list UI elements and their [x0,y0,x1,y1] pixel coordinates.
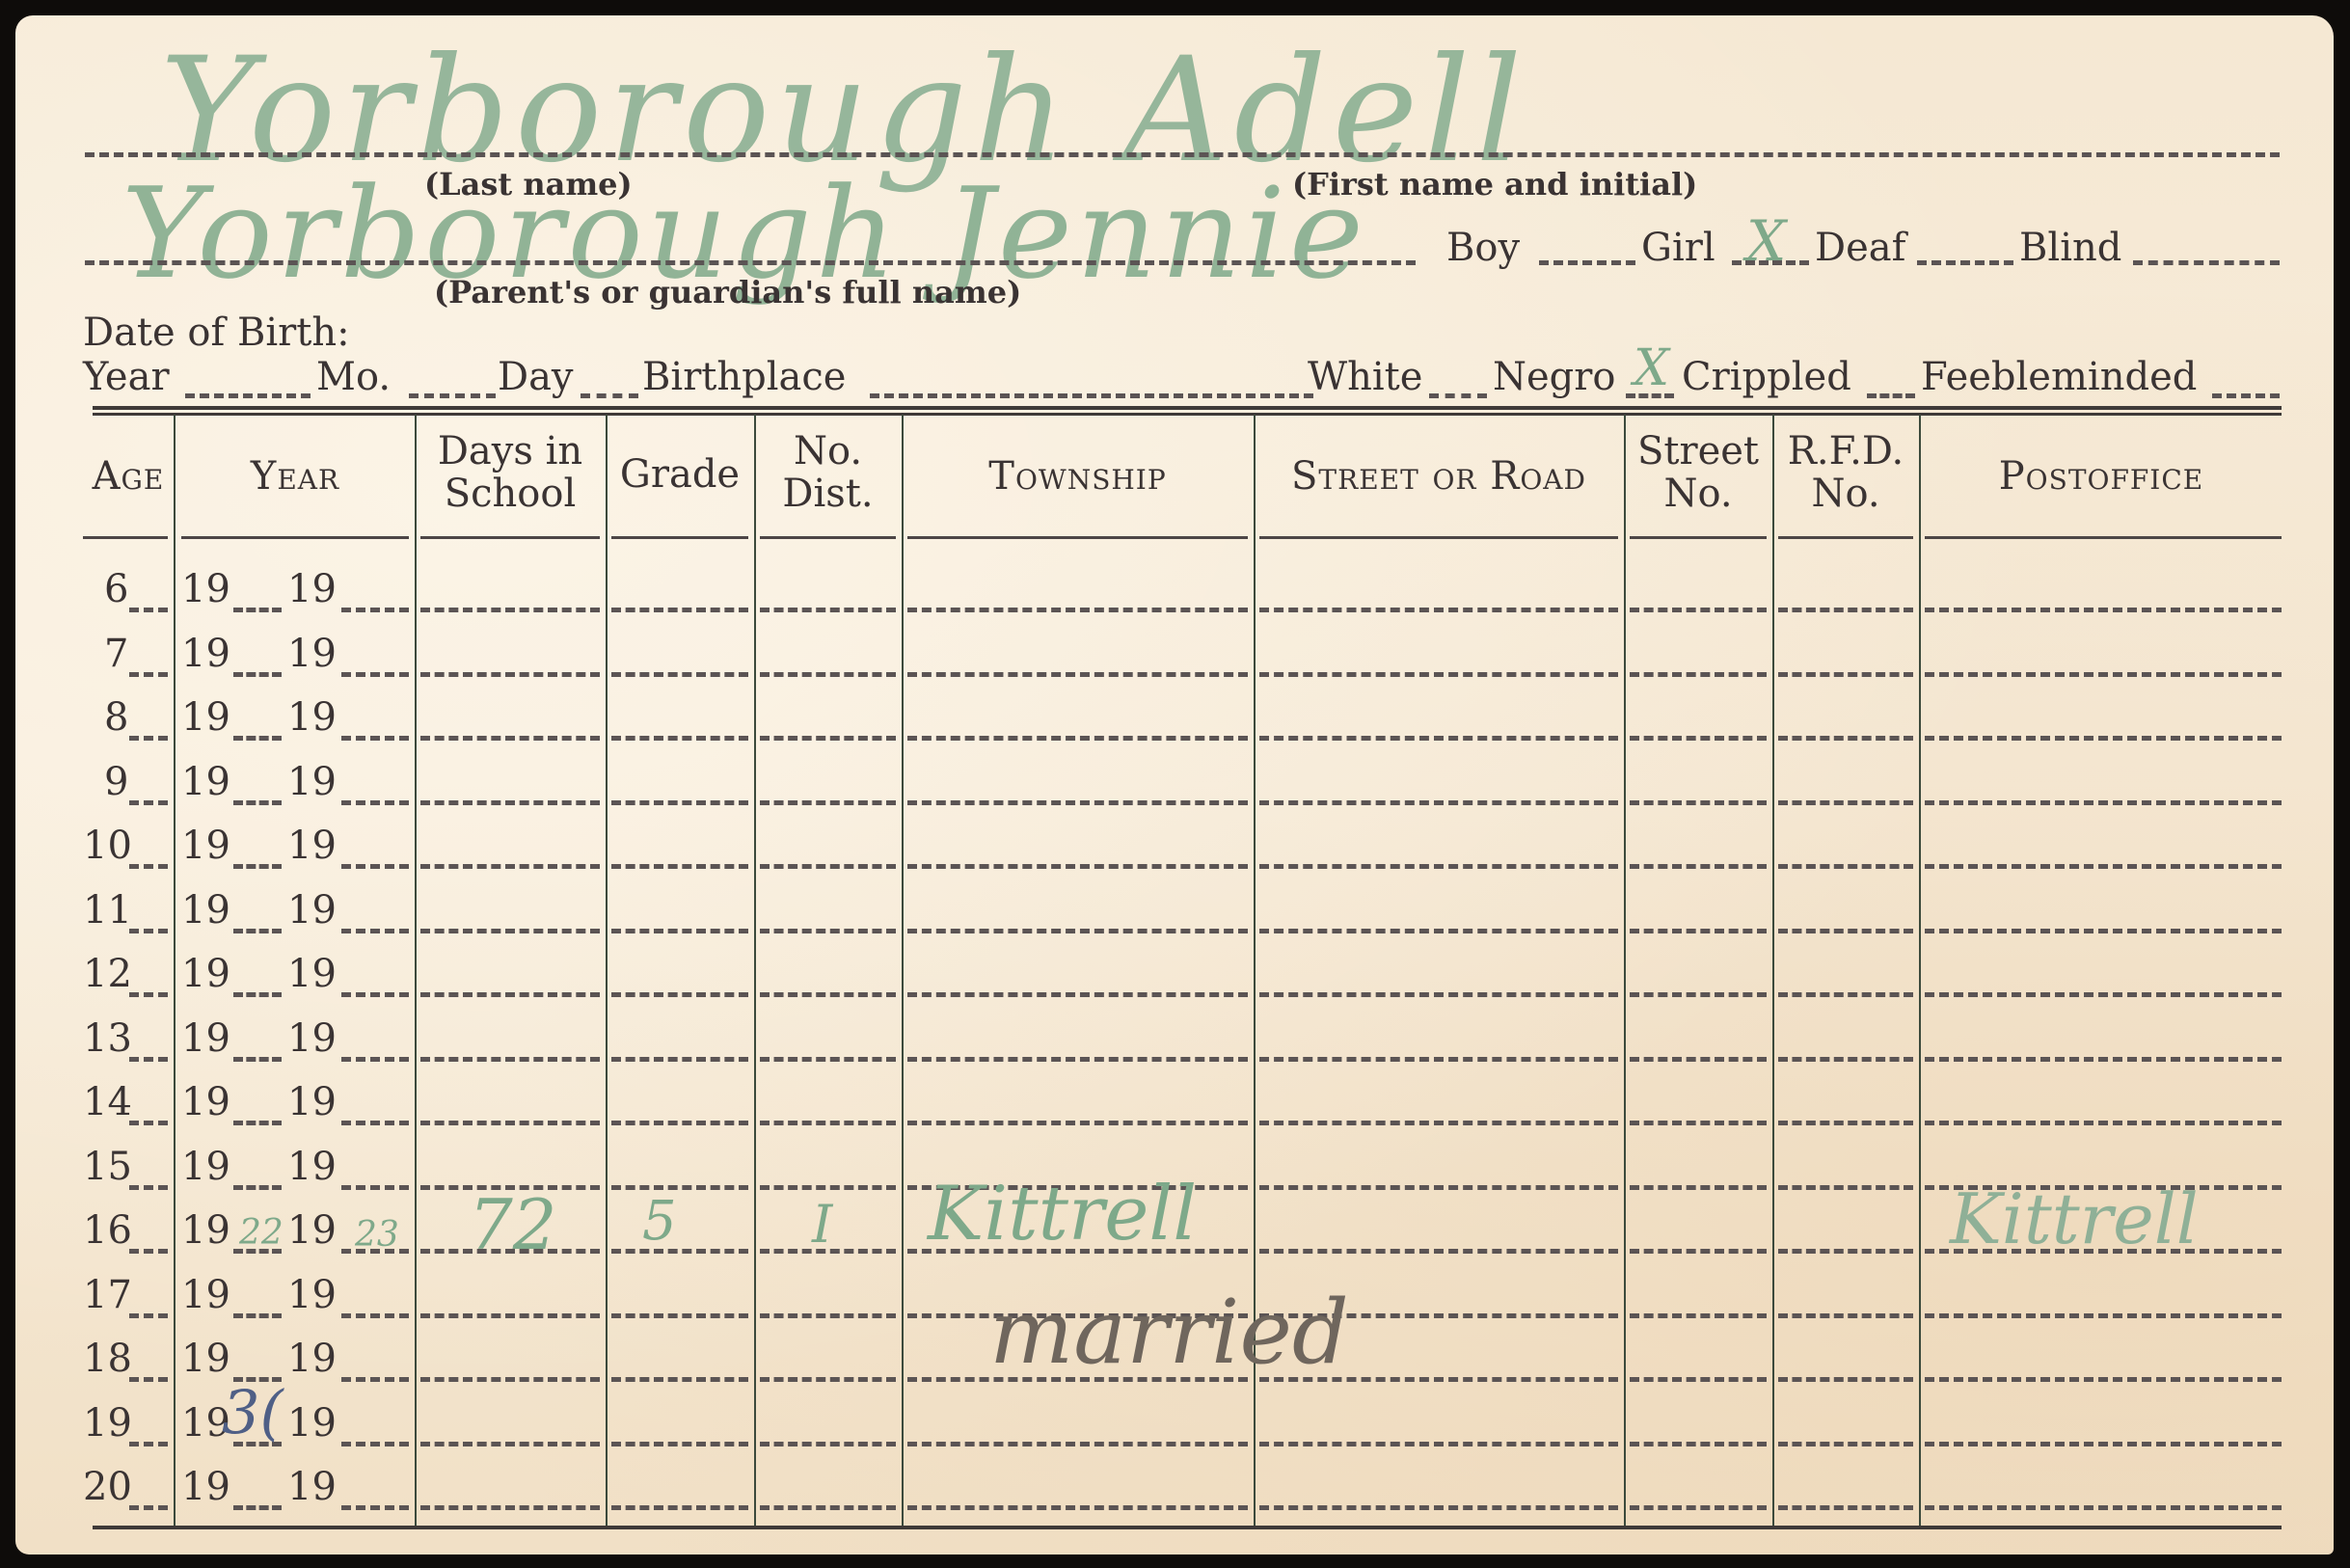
white-label: White [1308,355,1422,399]
year-to-dots [341,1185,409,1190]
year-to-dots [341,1121,409,1125]
negro-checkmark: X [1634,339,1669,397]
cell-field [760,1505,896,1510]
cell-field [611,1249,748,1254]
deaf-field [1917,260,2013,265]
row-age: 7 [104,632,128,676]
row-year-to: 19 [287,952,337,996]
row-year-from: 19 [181,760,230,804]
row-year-from: 19 [181,1208,230,1253]
cell-field [907,800,1248,805]
cell-field [907,929,1248,933]
married-annotation: married [989,1281,1349,1384]
header-underline [420,536,600,539]
cell-field [1630,1185,1767,1190]
cell-field [907,864,1248,869]
cell-field [611,672,748,677]
white-field [1429,393,1487,398]
cell-field [1925,608,2282,612]
blind-field [2133,260,2280,265]
col-header-rfd-no: R.F.D. No. [1772,430,1919,515]
row16-dist: I [812,1194,832,1255]
col-header-rfd-line2: No. [1772,473,1919,515]
year-to-dots [341,1313,409,1318]
cell-field [1630,672,1767,677]
age-dots [129,1185,168,1190]
age-dots [129,1249,168,1254]
year-from-dots [233,608,282,612]
col-divider [1624,415,1626,1526]
row-age: 15 [83,1145,132,1189]
day-field [581,393,638,398]
row-year-to: 19 [287,824,337,868]
col-divider [174,415,176,1526]
header-underline [1259,536,1618,539]
header-underline [1778,536,1913,539]
cell-field [1259,672,1618,677]
age-dots [129,736,168,741]
cell-field [1925,1313,2282,1318]
cell-field [907,1505,1248,1510]
cell-field [907,672,1248,677]
col-header-streetno-line2: No. [1624,473,1772,515]
row-year-from: 19 [181,1273,230,1317]
cell-field [1778,672,1913,677]
header-underline [1630,536,1767,539]
cell-field [1778,992,1913,997]
cell-field [760,800,896,805]
year-from-dots [233,1505,282,1510]
year-from-dots [233,992,282,997]
row-year-from: 19 [181,632,230,676]
year-field [185,393,311,398]
row-age: 11 [83,888,132,933]
year-to-dots [341,1057,409,1062]
cell-field [1778,864,1913,869]
col-header-streetno-line1: Street [1624,430,1772,473]
boy-label: Boy [1446,226,1520,270]
row-year-to: 19 [287,1080,337,1124]
row-age: 18 [83,1337,132,1381]
cell-field [1925,1121,2282,1125]
age-dots [129,1313,168,1318]
col-header-year: Year [176,455,415,498]
crippled-label: Crippled [1682,355,1851,399]
blind-label: Blind [2019,226,2121,270]
month-label: Mo. [316,355,391,399]
cell-field [1925,672,2282,677]
cell-field [1630,1377,1767,1382]
row-year-from: 19 [181,1337,230,1381]
year-from-dots [233,1121,282,1125]
row-year-to: 19 [287,1337,337,1381]
cell-field [760,672,896,677]
girl-label: Girl [1641,226,1715,270]
header-underline [181,536,409,539]
row-year-to: 19 [287,1465,337,1509]
cell-field [1630,1057,1767,1062]
year-from-dots [233,672,282,677]
age-dots [129,1442,168,1446]
row-year-from: 19 [181,695,230,740]
crippled-field [1867,393,1915,398]
cell-field [611,800,748,805]
row-year-from: 19 [181,952,230,996]
row-age: 13 [83,1016,132,1061]
row-year-to: 19 [287,1208,337,1253]
cell-field [1925,1377,2282,1382]
cell-field [1259,864,1618,869]
row-year-to: 19 [287,695,337,740]
cell-field [420,992,600,997]
cell-field [760,1313,896,1318]
cell-field [1630,1121,1767,1125]
guardian-line [85,260,1416,265]
col-header-street-or-road: Street or Road [1254,455,1624,498]
row-year-from: 19 [181,1145,230,1189]
cell-field [760,1057,896,1062]
row-year-to: 19 [287,1145,337,1189]
cell-field [760,992,896,997]
col-divider [606,415,608,1526]
row-age: 10 [83,824,132,868]
row16-days-in-school: 72 [469,1184,557,1265]
cell-field [611,736,748,741]
cell-field [907,1442,1248,1446]
row-year-to: 19 [287,632,337,676]
age-dots [129,864,168,869]
birthplace-label: Birthplace [642,355,846,399]
girl-checkmark: X [1746,208,1786,274]
boy-field [1539,260,1635,265]
year-from-dots [233,1185,282,1190]
col-header-postoffice: Postoffice [1921,455,2282,498]
cell-field [1259,608,1618,612]
age-dots [129,672,168,677]
cell-field [1925,800,2282,805]
cell-field [1925,864,2282,869]
year-to-dots [341,1377,409,1382]
row-age: 17 [83,1273,132,1317]
year-to-dots [341,929,409,933]
age-dots [129,992,168,997]
col-header-days-line2: School [415,473,606,515]
cell-field [420,1313,600,1318]
row-year-to: 19 [287,567,337,611]
cell-field [1778,608,1913,612]
row-age: 9 [104,760,128,804]
cell-field [611,1377,748,1382]
age-dots [129,1121,168,1125]
header-underline [760,536,896,539]
col-header-days-in-school: Days in School [415,430,606,515]
row-age: 6 [104,567,128,611]
cell-field [907,1057,1248,1062]
header-underline [611,536,748,539]
header-underline [1925,536,2282,539]
cell-field [420,864,600,869]
cell-field [420,736,600,741]
cell-field [1630,608,1767,612]
cell-field [611,1442,748,1446]
cell-field [1259,800,1618,805]
row19-year-hand: 3( [222,1377,284,1447]
cell-field [1630,1313,1767,1318]
year-from-dots [233,1057,282,1062]
year-to-dots [341,1505,409,1510]
cell-field [1259,1442,1618,1446]
cell-field [1259,1057,1618,1062]
cell-field [760,1121,896,1125]
col-divider [754,415,756,1526]
row-age: 8 [104,695,128,740]
header-underline [907,536,1248,539]
cell-field [1259,929,1618,933]
cell-field [760,608,896,612]
cell-field [1925,929,2282,933]
row16-year-from-hand: 22 [239,1213,284,1253]
cell-field [611,992,748,997]
cell-field [907,736,1248,741]
deaf-label: Deaf [1815,226,1905,270]
row-year-to: 19 [287,1273,337,1317]
cell-field [1778,1057,1913,1062]
col-header-dist-line2: Dist. [754,473,902,515]
cell-field [907,608,1248,612]
row-year-from: 19 [181,824,230,868]
age-dots [129,608,168,612]
cell-field [1778,800,1913,805]
col-header-street-no: Street No. [1624,430,1772,515]
school-census-card: Yorborough Adell (Last name) (First name… [15,15,2334,1554]
row-year-to: 19 [287,888,337,933]
cell-field [1259,736,1618,741]
cell-field [1778,1313,1913,1318]
feebleminded-field [2212,393,2280,398]
cell-field [760,1442,896,1446]
cell-field [1778,1185,1913,1190]
cell-field [420,1121,600,1125]
cell-field [1259,1185,1618,1190]
cell-field [760,1377,896,1382]
birthplace-field [870,393,1313,398]
year-from-dots [233,800,282,805]
year-to-dots [341,992,409,997]
year-to-dots [341,800,409,805]
age-dots [129,1057,168,1062]
cell-field [1259,992,1618,997]
year-to-dots [341,1442,409,1446]
cell-field [611,608,748,612]
cell-field [1630,800,1767,805]
age-dots [129,800,168,805]
cell-field [907,1121,1248,1125]
col-divider [902,415,904,1526]
cell-field [1630,992,1767,997]
col-header-age: Age [83,455,174,498]
row-year-from: 19 [181,1465,230,1509]
cell-field [1778,1442,1913,1446]
col-divider [1772,415,1774,1526]
col-header-no-dist: No. Dist. [754,430,902,515]
header-divider [93,406,2282,416]
col-header-grade: Grade [606,453,754,496]
negro-label: Negro [1493,355,1615,399]
cell-field [1259,1249,1618,1254]
row-age: 12 [83,952,132,996]
cell-field [611,929,748,933]
year-from-dots [233,929,282,933]
year-from-dots [233,736,282,741]
guardian-label: (Parent's or guardian's full name) [434,274,1021,311]
cell-field [1778,929,1913,933]
cell-field [1259,1121,1618,1125]
col-header-rfd-line1: R.F.D. [1772,430,1919,473]
row16-grade: 5 [642,1190,677,1253]
row-year-to: 19 [287,1016,337,1061]
age-dots [129,1505,168,1510]
col-header-dist-line1: No. [754,430,902,473]
year-from-dots [233,864,282,869]
age-dots [129,929,168,933]
cell-field [611,1313,748,1318]
cell-field [1630,736,1767,741]
cell-field [760,736,896,741]
row-year-from: 19 [181,888,230,933]
date-of-birth-label: Date of Birth: [83,311,350,355]
cell-field [420,929,600,933]
col-header-days-line1: Days in [415,430,606,473]
row16-year-to-hand: 23 [355,1215,399,1255]
cell-field [1925,1505,2282,1510]
row16-township: Kittrell [928,1171,1197,1257]
cell-field [1778,736,1913,741]
row-age: 20 [83,1465,132,1509]
cell-field [1630,1505,1767,1510]
cell-field [420,800,600,805]
cell-field [1925,736,2282,741]
cell-field [420,608,600,612]
col-divider [415,415,417,1526]
row-year-to: 19 [287,760,337,804]
day-label: Day [498,355,574,399]
cell-field [1630,1249,1767,1254]
year-to-dots [341,608,409,612]
year-from-dots [233,1313,282,1318]
cell-field [611,1185,748,1190]
cell-field [1778,1505,1913,1510]
year-to-dots [341,672,409,677]
cell-field [1630,1442,1767,1446]
row-age: 19 [83,1401,132,1446]
cell-field [420,1505,600,1510]
cell-field [1778,1377,1913,1382]
row-age: 14 [83,1080,132,1124]
cell-field [1630,929,1767,933]
cell-field [1259,1505,1618,1510]
header-underline [83,536,168,539]
last-name-line [85,152,2280,157]
row-year-to: 19 [287,1401,337,1446]
cell-field [1630,864,1767,869]
year-to-dots [341,736,409,741]
cell-field [907,992,1248,997]
row-year-from: 19 [181,1080,230,1124]
feebleminded-label: Feebleminded [1921,355,2197,399]
cell-field [420,672,600,677]
cell-field [1778,1249,1913,1254]
month-field [409,393,496,398]
cell-field [760,864,896,869]
col-divider [1919,415,1921,1526]
cell-field [420,1442,600,1446]
cell-field [760,1185,896,1190]
cell-field [611,864,748,869]
cell-field [611,1121,748,1125]
cell-field [611,1505,748,1510]
cell-field [611,1057,748,1062]
year-label: Year [83,355,170,399]
row16-postoffice: Kittrell [1950,1178,2199,1259]
col-header-township: Township [902,455,1254,498]
cell-field [1925,1057,2282,1062]
bottom-rule [93,1526,2282,1529]
cell-field [420,1377,600,1382]
cell-field [420,1057,600,1062]
cell-field [1778,1121,1913,1125]
row-year-from: 19 [181,567,230,611]
row-age: 16 [83,1208,132,1253]
age-dots [129,1377,168,1382]
row-year-from: 19 [181,1016,230,1061]
cell-field [1925,992,2282,997]
year-to-dots [341,864,409,869]
cell-field [1925,1442,2282,1446]
cell-field [760,929,896,933]
